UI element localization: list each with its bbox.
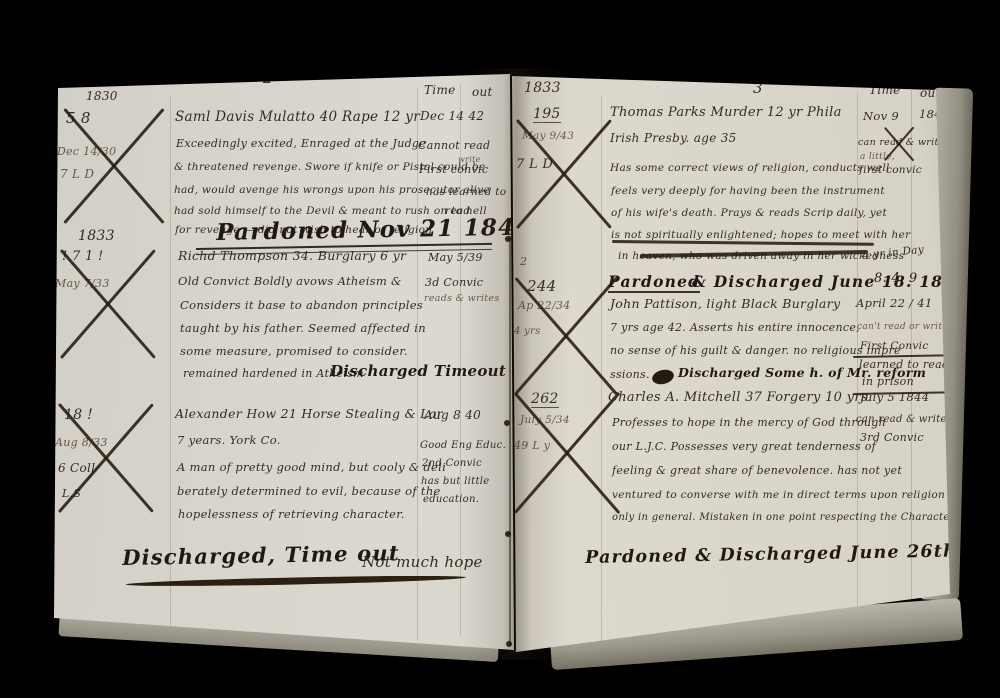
ink-blot [651,368,676,387]
timeout-note: Cannot read [418,140,490,153]
left-page-number: 2 [263,70,273,87]
entry-line: Old Convict Boldly avows Atheism & [178,275,402,288]
margin-note: 5 8 [66,110,91,127]
left-year: 1830 [86,90,118,104]
margin-note: Ap 22/34 [518,300,571,313]
footer-pardoned: Pardoned & Discharged June 26th 1840 [585,540,1000,568]
margin-note: 262 [531,391,559,408]
stitch-knot [505,236,511,242]
entry-line: 7 years. York Co. [177,434,281,447]
timeout-note: learned to read [859,359,949,372]
left-mid-year: 1833 [78,228,115,244]
footer-flourish-underline [126,574,466,588]
entry-subtitle: Irish Presby. age 35 [610,132,737,146]
margin-note: 195 [533,106,561,123]
timeout-note: First Convic [860,340,929,352]
timeout-note: can read & write [858,138,944,149]
timeout-note: a little, [860,152,895,162]
stitch-knot [505,531,511,537]
entry-line: hopelessness of retrieving character. [178,508,405,521]
timeout-note: education. [423,494,479,506]
timeout-note: April 22 / 41 [856,297,933,310]
entry-line-tail: Discharged Timeout [330,363,506,380]
timeout-note: Nov 9 [863,110,899,123]
entry-line: is not spiritually enlightened; hopes to… [611,229,910,241]
timeout-note: 8. 4. 9 [874,272,917,287]
timeout-note: 3d Convic [425,277,483,290]
footer-discharged: Discharged, Time out [122,541,400,570]
entry-line: 7 yrs age 42. Asserts his entire innocen… [610,322,860,335]
margin-note: 7 L D [516,158,553,173]
timeout-note: has learned to [426,186,506,198]
stamp-pardoned-word: Pardoned [608,273,700,293]
footer-note: Not much hope [362,554,483,571]
timeout-note: has but little [421,476,490,488]
timeout-note: July 5 1844 [860,391,929,404]
right-year: 1833 [524,80,561,96]
entry-line: Has some correct views of religion, cond… [610,162,890,174]
entry-line: feeling & great share of benevolence. ha… [612,465,902,478]
margin-note: 49 L y [514,440,550,453]
margin-note: July 5/34 [520,414,570,426]
timeout-note: in prison [862,376,914,389]
stitch-knot [506,641,512,647]
timeout-note: 2nd Convic [422,458,482,470]
entry-title: Alexander How 21 Horse Stealing & Lar [175,407,443,421]
timeout-note: can't read or write [857,322,948,332]
entry-line: taught by his father. Seemed affected in [180,322,426,335]
timeout-note: Aug 8 40 [424,409,481,423]
entry-line: of his wife's death. Prays & reads Scrip… [611,207,887,219]
left-timeout-label-out: out [472,86,493,100]
entry-line: Professes to hope in the mercy of God th… [612,417,886,430]
entry-line: some measure, promised to consider. [180,345,408,358]
entry-title: John Pattison, light Black Burglary [610,297,840,311]
timeout-note: May 5/39 [428,252,483,265]
right-timeout-label-time: Time [869,84,901,98]
stitch-knot [504,420,510,426]
margin-note: Aug 8/33 [55,437,108,450]
binding-thread [509,236,511,646]
entry-line: berately determined to evil, because of … [177,485,441,498]
entry-line: only in general. Mistaken in one point r… [612,512,955,524]
timeout-note: Good Eng Educ. [420,440,506,452]
margin-note: 7 L D [60,168,94,182]
left-no-label: No. [62,74,86,89]
cross-mark [505,386,629,520]
ledger-book-photo: No. 1830 2 Time out 5 8 Dec 14/30 7 L D … [0,0,1000,698]
timeout-note: Dec 14 42 [420,110,484,124]
entry-line: A man of pretty good mind, but cooly & d… [177,461,446,474]
left-timeout-label-time: Time [424,84,456,98]
entry-line: ventured to converse with me in direct t… [612,489,945,501]
margin-note: L.S [62,488,81,501]
margin-note: 244 [527,278,557,295]
entry-line: ssions. [610,369,650,382]
stamp-pardoned: Pardoned Nov 21 1842 [216,214,533,246]
cross-mark [508,100,620,248]
right-page-number: 3 [753,80,763,97]
margin-note: May 9/43 [522,130,574,142]
margin-note: 18 ! [64,407,93,423]
margin-note: 2 [520,256,527,269]
entry-title: Saml Davis Mulatto 40 Rape 12 yr [175,110,420,126]
entry-line: Considers it base to abandon principles [180,299,423,312]
margin-note: May 7/33 [55,278,110,291]
entry-line: feels very deeply for having been the in… [611,185,885,197]
entry-title: Richd Thompson 34. Burglary 6 yr [178,249,406,263]
margin-note: 6 Coll [58,462,95,476]
margin-note: Dec 14/30 [57,146,116,159]
entry-title: Charles A. Mitchell 37 Forgery 10 yrs [608,391,868,406]
margin-note: ! 7 1 ! [62,250,104,265]
margin-note: 4 yrs [514,326,541,338]
stamp-pardoned-rest: & Discharged June 18. 1842 [692,273,967,291]
entry-line: Exceedingly excited, Enraged at the Judg… [176,138,426,151]
entry-title: Thomas Parks Murder 12 yr Phila [610,106,842,121]
timeout-note: reads & writes [424,294,500,305]
timeout-note: First convic [419,164,488,177]
entry-line: our L.J.C. Possesses very great tenderne… [612,441,876,454]
